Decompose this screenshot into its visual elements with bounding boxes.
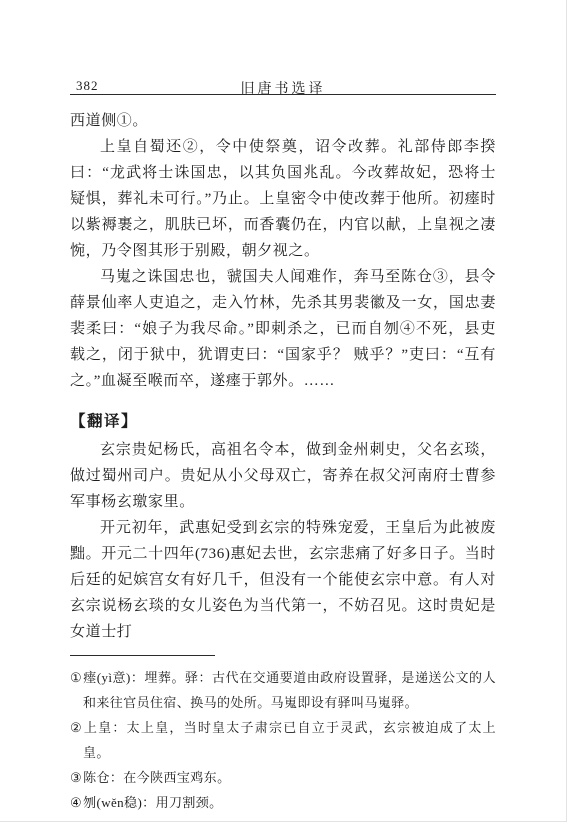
footnote-marker: ① xyxy=(70,670,82,685)
footnote-marker: ③ xyxy=(70,770,82,785)
book-page: 382 旧唐书选译 西道侧①。 上皇自蜀还②，令中使祭奠，诏令改葬。礼部侍郎李揆… xyxy=(0,0,567,822)
footnotes-section: ①瘗(yì意)：埋葬。驿：古代在交通要道由政府设置驿，是递送公文的人和来往官员住… xyxy=(70,665,496,815)
footnote-item: ②上皇：太上皇，当时皇太子肃宗已自立于灵武，玄宗被迫成了太上皇。 xyxy=(70,715,496,765)
translation-text-section: 玄宗贵妃杨氏，高祖名令本，做到金州刺史，父名玄琰，做过蜀州司户。贵妃从小父母双亡… xyxy=(70,437,496,645)
original-paragraph: 马嵬之诛国忠也，虢国夫人闻难作，奔马至陈仓③，县令薛景仙率人吏追之，走入竹林，先… xyxy=(70,264,496,394)
page-body: 西道侧①。 上皇自蜀还②，令中使祭奠，诏令改葬。礼部侍郎李揆曰：“龙武将士诛国忠… xyxy=(70,108,496,815)
original-paragraph: 西道侧①。 xyxy=(70,108,496,134)
original-text-section: 西道侧①。 上皇自蜀还②，令中使祭奠，诏令改葬。礼部侍郎李揆曰：“龙武将士诛国忠… xyxy=(70,108,496,394)
translation-paragraph: 玄宗贵妃杨氏，高祖名令本，做到金州刺史，父名玄琰，做过蜀州司户。贵妃从小父母双亡… xyxy=(70,437,496,515)
footnote-item: ③陈仓：在今陕西宝鸡东。 xyxy=(70,765,496,790)
footnote-marker: ② xyxy=(70,720,83,735)
footnote-marker: ④ xyxy=(70,795,82,810)
footnote-item: ①瘗(yì意)：埋葬。驿：古代在交通要道由政府设置驿，是递送公文的人和来往官员住… xyxy=(70,665,496,715)
footnote-text: 瘗(yì意)：埋葬。驿：古代在交通要道由政府设置驿，是递送公文的人和来往官员住宿… xyxy=(83,670,496,710)
translation-heading: 【翻译】 xyxy=(70,409,496,435)
footnote-text: 陈仓：在今陕西宝鸡东。 xyxy=(83,770,230,785)
translation-paragraph: 开元初年，武惠妃受到玄宗的特殊宠爱，王皇后为此被废黜。开元二十四年(736)惠妃… xyxy=(70,515,496,645)
original-paragraph: 上皇自蜀还②，令中使祭奠，诏令改葬。礼部侍郎李揆曰：“龙武将士诛国忠，以其负国兆… xyxy=(70,134,496,264)
footnote-text: 刎(wěn稳)：用刀割颈。 xyxy=(83,795,223,810)
page-header: 382 旧唐书选译 xyxy=(70,0,496,95)
footnote-item: ④刎(wěn稳)：用刀割颈。 xyxy=(70,790,496,815)
footnote-text: 上皇：太上皇，当时皇太子肃宗已自立于灵武，玄宗被迫成了太上皇。 xyxy=(83,720,496,760)
footnote-rule xyxy=(70,655,215,656)
header-rule xyxy=(70,94,496,95)
running-title: 旧唐书选译 xyxy=(70,78,496,98)
